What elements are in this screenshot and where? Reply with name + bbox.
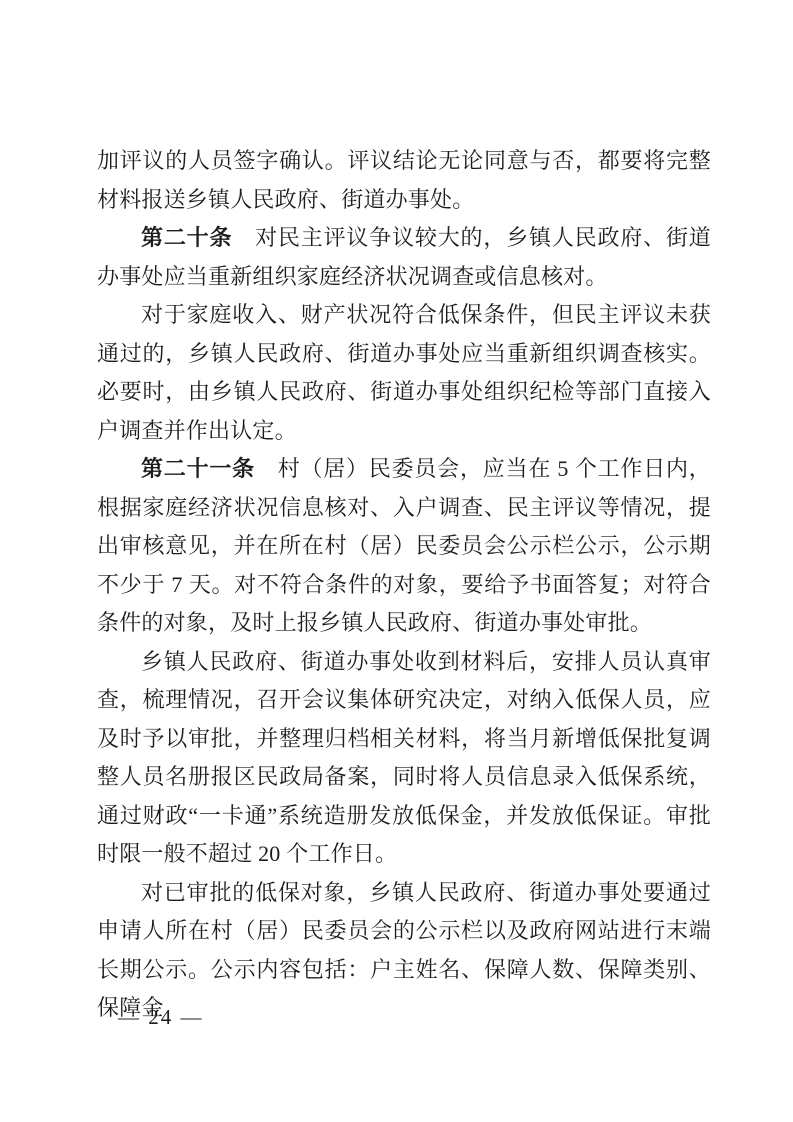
paragraph: 对于家庭收入、财产状况符合低保条件，但民主评议未获通过的，乡镇人民政府、街道办事… <box>97 296 711 450</box>
paragraph: 加评议的人员签字确认。评议结论无论同意与否，都要将完整材料报送乡镇人民政府、街道… <box>97 142 711 219</box>
text-run: 乡镇人民政府、街道办事处收到材料后，安排人员认真审查，梳理情况，召开会议集体研究… <box>97 649 711 867</box>
page-number: — 24 — <box>118 1003 204 1031</box>
paragraph: 第二十条 对民主评议争议较大的，乡镇人民政府、街道办事处应当重新组织家庭经济状况… <box>97 219 711 296</box>
article-heading: 第二十一条 <box>141 456 255 481</box>
document-body: 加评议的人员签字确认。评议结论无论同意与否，都要将完整材料报送乡镇人民政府、街道… <box>97 142 711 1028</box>
paragraph: 第二十一条 村（居）民委员会，应当在 5 个工作日内，根据家庭经济状况信息核对、… <box>97 450 711 643</box>
text-run: 加评议的人员签字确认。评议结论无论同意与否，都要将完整材料报送乡镇人民政府、街道… <box>97 148 711 212</box>
text-run: 村（居）民委员会，应当在 5 个工作日内，根据家庭经济状况信息核对、入户调查、民… <box>97 456 711 635</box>
text-run: 对已审批的低保对象，乡镇人民政府、街道办事处要通过申请人所在村（居）民委员会的公… <box>97 880 711 1021</box>
document-page: 加评议的人员签字确认。评议结论无论同意与否，都要将完整材料报送乡镇人民政府、街道… <box>0 0 793 1122</box>
paragraph: 乡镇人民政府、街道办事处收到材料后，安排人员认真审查，梳理情况，召开会议集体研究… <box>97 643 711 874</box>
text-run: 对于家庭收入、财产状况符合低保条件，但民主评议未获通过的，乡镇人民政府、街道办事… <box>97 302 711 443</box>
article-heading: 第二十条 <box>141 225 232 250</box>
